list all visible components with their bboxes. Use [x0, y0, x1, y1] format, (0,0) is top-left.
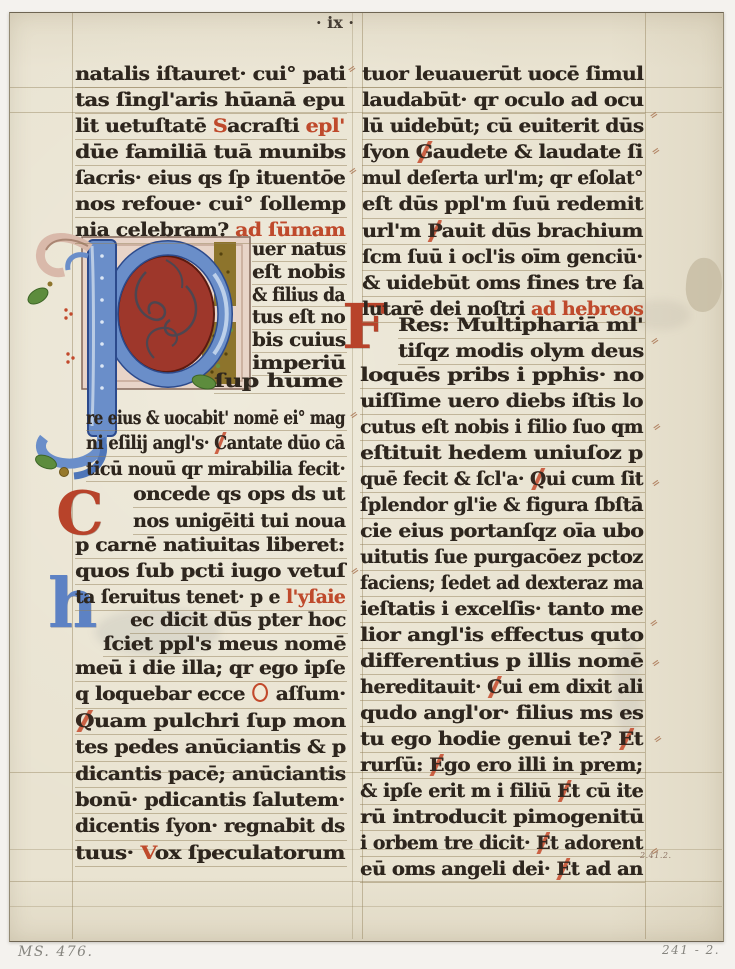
- initial-top-sprig: [25, 238, 90, 308]
- text-segment: ieſtatis i excelſis· tanto me: [360, 598, 643, 620]
- text-segment: q loquebar ecce: [75, 683, 251, 705]
- text-line: ieſtatis i excelſis· tanto me: [360, 597, 645, 623]
- text-line: ſacris· eius qs ſp ituentōe: [75, 166, 347, 192]
- text-segment: tuus·: [75, 842, 140, 864]
- text-line: eſtituit hedem uniuſoz p: [360, 441, 645, 467]
- text-line: eū oms angeli dei· Et ad an: [360, 857, 645, 883]
- text-line: differentius p illis nomē: [360, 649, 645, 675]
- text-segment: eſtituit hedem uniuſoz p: [360, 442, 643, 464]
- ruling-line: [645, 13, 646, 939]
- text-line: ſcm ſuū i ocl'is oīm genciū·: [362, 245, 645, 271]
- text-segment: V: [140, 842, 154, 864]
- left-column-stack-lf1: ec dicit dūs pter hoc: [130, 608, 348, 634]
- text-segment: ox ſpeculatorum: [155, 842, 345, 864]
- text-segment: ticū nouū qr mirabilia fecit·: [86, 458, 345, 480]
- text-segment: ui cum ſit: [546, 468, 643, 490]
- text-line: p carnē natiuitas liberet:: [75, 533, 347, 559]
- text-segment: re eius & uocabit' nomē ei° mag: [86, 407, 345, 429]
- left-column-stack-lside: uer natuseſt nobis& filius datus eſt nob…: [252, 239, 347, 376]
- text-line: quos ſub pcti iugo vetuſ: [75, 559, 347, 585]
- text-segment: laudabūt· qr oculo ad ocu: [362, 89, 643, 111]
- text-segment: ui em dixit ali: [502, 676, 643, 698]
- text-segment: uiſſime uero diebs iſtis lo: [360, 390, 643, 412]
- text-segment: lū uidebūt; cū euiterit dūs: [362, 115, 643, 137]
- text-segment: bonū· pdicantis ſalutem·: [75, 789, 345, 811]
- text-segment: dicantis pacē; anūciantis: [75, 763, 345, 785]
- text-segment: i orbem tre dicit·: [360, 832, 536, 854]
- text-segment: ni eſilij angl's·: [86, 432, 214, 454]
- text-segment: quos ſub pcti iugo vetuſ: [75, 560, 345, 582]
- text-line: ſyon Gaudete & laudate ſi: [362, 140, 645, 166]
- text-line: tas ſingl'aris hūanā epu: [75, 88, 347, 114]
- text-line: Res: Multiphariā ml': [398, 313, 645, 339]
- text-line: quē fecit & ſcl'a· Qui cum ſit: [360, 467, 645, 493]
- text-segment: qudo angl'or· filius ms es: [360, 702, 643, 724]
- text-line: oncede qs ops ds ut: [133, 481, 347, 508]
- text-segment: rū introducit pimogenitū: [360, 806, 644, 828]
- text-line: url'm Pauit dūs brachium: [362, 219, 645, 245]
- left-column-stack-ld: oncede qs ops ds utnos unigēiti tui noua: [133, 481, 347, 535]
- text-segment: eſt dūs ppl'm ſuū redemit: [362, 193, 643, 215]
- text-segment: ec dicit dūs pter hoc: [130, 609, 346, 631]
- right-column-stack-ra: tuor leuauerūt uocē ſimullaudabūt· qr oc…: [362, 62, 645, 323]
- text-segment: t: [634, 728, 643, 750]
- text-segment: eſt nobis: [252, 261, 345, 283]
- left-column-stack-lc: re eius & uocabit' nomē ei° magni eſilij…: [86, 406, 347, 482]
- text-segment: Res: Multiphariā ml': [398, 314, 643, 336]
- text-segment: faciens; ſedet ad dexteraz ma: [360, 572, 643, 594]
- text-segment: lit uetuſtatē: [75, 115, 213, 137]
- text-line: nos refoue· cui° ſollemp: [75, 192, 347, 218]
- text-segment: go ero illi in prem;: [444, 754, 643, 776]
- text-segment: mul deſerta url'm; qr eſolat°: [362, 167, 643, 189]
- text-segment: nos refoue· cui° ſollemp: [75, 193, 345, 215]
- text-segment: tu ego hodie genui te?: [360, 728, 618, 750]
- text-line: eſt dūs ppl'm ſuū redemit: [362, 192, 645, 218]
- text-segment: uam pulchri ſup mon: [94, 710, 346, 732]
- text-segment: loquēs pribs i pphis· no: [360, 364, 643, 386]
- text-line: dicantis pacē; anūciantis: [75, 762, 347, 788]
- ms-number-note: MS. 476.: [18, 944, 94, 960]
- text-segment: E: [536, 832, 550, 854]
- text-line: eſt nobis: [252, 262, 347, 285]
- text-segment: P: [427, 220, 441, 242]
- text-line: & uidebūt oms fines tre ſa: [362, 271, 645, 297]
- object-number-note: 241 - 2.: [662, 943, 720, 957]
- text-line: i orbem tre dicit· Et adorent: [360, 831, 645, 857]
- text-segment: Q: [75, 710, 94, 732]
- text-segment: meū i die illa; qr ego ipſe: [75, 657, 345, 679]
- text-segment: tus eſt no: [252, 306, 345, 328]
- text-line: uer natus: [252, 239, 347, 262]
- text-line: cie eius portanſqz oīa ubo: [360, 519, 645, 545]
- text-segment: & uidebūt oms fines tre ſa: [362, 272, 643, 294]
- text-segment: bis cuius: [252, 329, 345, 351]
- text-segment: url'm: [362, 220, 427, 242]
- text-segment: lior angl'is effectus quto: [360, 624, 643, 646]
- text-segment: ta ſeruitus tenet· p e: [75, 586, 286, 608]
- text-line: tu ego hodie genui te? Et: [360, 727, 645, 753]
- text-segment: differentius p illis nomē: [360, 650, 643, 672]
- left-column-stack-le: p carnē natiuitas liberet:quos ſub pcti …: [75, 533, 347, 611]
- text-segment: E: [618, 728, 633, 750]
- text-segment: & filius da: [252, 284, 345, 306]
- text-line: & filius da: [252, 285, 347, 308]
- text-line: lū uidebūt; cū euiterit dūs: [362, 114, 645, 140]
- text-segment: E: [556, 858, 570, 880]
- text-line: rurſū: Ego ero illi in prem;: [360, 753, 645, 779]
- text-segment: epl': [306, 115, 345, 137]
- text-segment: nia celebram?: [75, 219, 235, 241]
- text-segment: ſacris· eius qs ſp ituentōe: [75, 167, 345, 189]
- text-segment: tes pedes anūciantis & p: [75, 736, 345, 758]
- text-segment: ſciet ppl's meus nomē: [103, 633, 346, 655]
- text-segment: t cū ite: [571, 780, 643, 802]
- text-segment: tuor leuauerūt uocē ſimul: [362, 63, 643, 85]
- text-line: qudo angl'or· filius ms es: [360, 701, 645, 727]
- text-segment: uitutis ſue purgacōez pctoz: [360, 546, 643, 568]
- text-line: re eius & uocabit' nomē ei° mag: [86, 406, 347, 431]
- text-segment: Q: [530, 468, 546, 490]
- text-segment: auit dūs brachium: [442, 220, 643, 242]
- left-column-stack-la: natalis iſtauret· cui° patitas ſingl'ari…: [75, 62, 347, 244]
- text-line: dūe familiā tuā munibs: [75, 140, 347, 166]
- text-line: bonū· pdicantis ſalutem·: [75, 788, 347, 814]
- text-segment: C: [487, 676, 502, 698]
- text-line: tiſqz modis olym deus: [398, 339, 645, 365]
- text-line: tuus· Vox ſpeculatorum: [75, 841, 347, 867]
- text-segment: tiſqz modis olym deus: [398, 340, 644, 362]
- ruling-line: [352, 13, 353, 939]
- text-segment: G: [416, 141, 433, 163]
- text-line: Quam pulchri ſup mon: [75, 709, 347, 735]
- text-line: natalis iſtauret· cui° pati: [75, 62, 347, 88]
- right-column-stack-rc: loquēs pribs i pphis· nouiſſime uero die…: [360, 363, 645, 883]
- left-column-stack-lg: meū i die illa; qr ego ipſeq loquebar ec…: [75, 656, 347, 867]
- text-segment: ſup hume: [214, 370, 343, 392]
- text-line: ſciet ppl's meus nomē: [103, 633, 348, 657]
- text-line: mul deſerta url'm; qr eſolat°: [362, 166, 645, 192]
- text-line: cutus eſt nobis i filio ſuo qm: [360, 415, 645, 441]
- text-line: ec dicit dūs pter hoc: [130, 608, 348, 634]
- text-segment: nos unigēiti tui noua: [133, 510, 345, 532]
- text-segment: l'yſaie: [286, 586, 345, 608]
- text-line: bis cuius: [252, 330, 347, 353]
- text-segment: eū oms angeli dei·: [360, 858, 556, 880]
- text-line: tus eſt no: [252, 307, 347, 330]
- text-segment: oncede qs ops ds ut: [133, 483, 345, 505]
- text-line: lit uetuſtatē Sacraſti epl': [75, 114, 347, 140]
- text-segment: E: [557, 780, 571, 802]
- text-segment: quē fecit & ſcl'a·: [360, 468, 530, 490]
- text-line: rū introducit pimogenitū: [360, 805, 645, 831]
- text-segment: ſcm ſuū i ocl'is oīm genciū·: [362, 246, 643, 268]
- text-segment: C: [214, 432, 226, 454]
- text-line: lior angl'is effectus quto: [360, 623, 645, 649]
- text-segment: rurſū:: [360, 754, 429, 776]
- right-column-stack-rb: Res: Multiphariā ml'tiſqz modis olym deu…: [398, 313, 645, 365]
- text-segment: dicentis ſyon· regnabit ds: [75, 815, 345, 837]
- red-oval-mark: [252, 683, 268, 702]
- text-segment: cutus eſt nobis i filio ſuo qm: [360, 416, 643, 438]
- text-segment: audete & laudate ſi: [433, 141, 643, 163]
- text-line: loquēs pribs i pphis· no: [360, 363, 645, 389]
- text-line: & ipſe erit m i filiū Et cū ite: [360, 779, 645, 805]
- left-column-stack-lf2: ſciet ppl's meus nomē: [103, 633, 348, 657]
- text-segment: hereditauit·: [360, 676, 487, 698]
- text-segment: aſſum·: [269, 683, 345, 705]
- text-line: uitutis ſue purgacōez pctoz: [360, 545, 645, 571]
- text-segment: uer natus: [252, 238, 345, 260]
- text-line: ticū nouū qr mirabilia fecit·: [86, 457, 347, 482]
- manuscript-photo: · ix · P: [0, 0, 735, 969]
- text-segment: E: [429, 754, 444, 776]
- text-line: uiſſime uero diebs iſtis lo: [360, 389, 645, 415]
- text-segment: ſyon: [362, 141, 416, 163]
- text-line: q loquebar ecce aſſum·: [75, 682, 347, 708]
- text-line: ſup hume: [214, 370, 345, 394]
- text-line: ſplendor gl'ie & figura ſbſtā: [360, 493, 645, 519]
- text-segment: natalis iſtauret· cui° pati: [75, 63, 345, 85]
- text-segment: & ipſe erit m i filiū: [360, 780, 557, 802]
- text-segment: acraſti: [227, 115, 306, 137]
- text-line: laudabūt· qr oculo ad ocu: [362, 88, 645, 114]
- text-segment: cie eius portanſqz oīa ubo: [360, 520, 643, 542]
- text-line: faciens; ſedet ad dexteraz ma: [360, 571, 645, 597]
- text-segment: t adorent: [550, 832, 643, 854]
- text-segment: antate dūo cā: [227, 432, 345, 454]
- left-column-stack-lside2: ſup hume: [214, 370, 345, 394]
- text-segment: ſplendor gl'ie & figura ſbſtā: [360, 494, 643, 516]
- text-line: hereditauit· Cui em dixit ali: [360, 675, 645, 701]
- text-line: meū i die illa; qr ego ipſe: [75, 656, 347, 682]
- text-line: tuor leuauerūt uocē ſimul: [362, 62, 645, 88]
- text-segment: S: [213, 115, 227, 137]
- initial-red-dot-triads: [64, 308, 74, 363]
- text-segment: dūe familiā tuā munibs: [75, 141, 345, 163]
- text-line: dicentis ſyon· regnabit ds: [75, 814, 347, 840]
- text-segment: p carnē natiuitas liberet:: [75, 534, 345, 556]
- text-segment: tas ſingl'aris hūanā epu: [75, 89, 345, 111]
- text-line: ni eſilij angl's· Cantate dūo cā: [86, 431, 347, 456]
- text-line: tes pedes anūciantis & p: [75, 735, 347, 761]
- text-line: nos unigēiti tui noua: [133, 508, 347, 535]
- quire-mark: · ix ·: [316, 13, 354, 32]
- ruling-line: [10, 906, 722, 907]
- text-segment: t ad an: [571, 858, 643, 880]
